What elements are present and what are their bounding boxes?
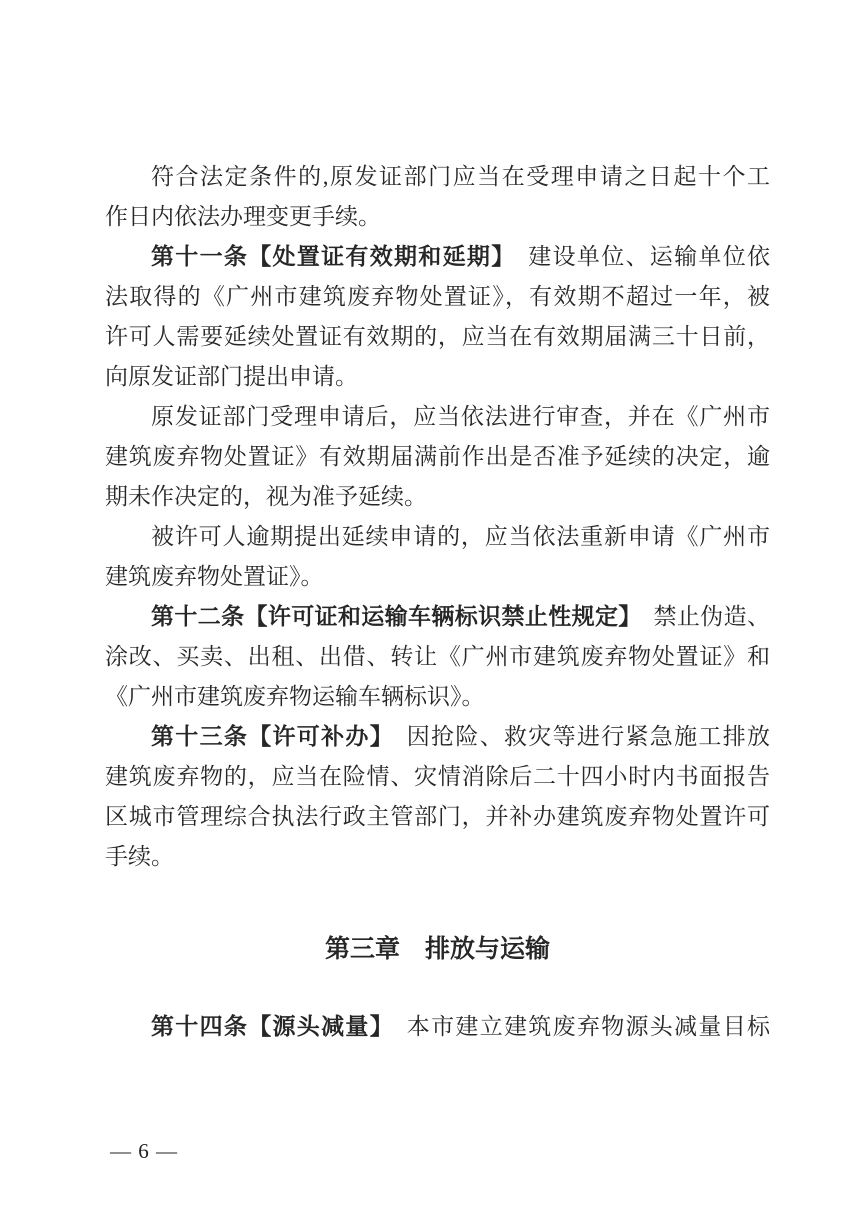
document-line: 法取得的《广州市建筑废弃物处置证》，有效期不超过一年，被 (105, 277, 770, 317)
article-heading-segment: 第十二条【许可证和运输车辆标识禁止性规定】 (151, 604, 630, 629)
document-line: 建筑废弃物处置证》。 (105, 557, 770, 597)
text-segment: 区城市管理综合执法行政主管部门，并补办建筑废弃物处置许可 (105, 804, 770, 829)
text-segment: 涂改、买卖、出租、出借、转让《广州市建筑废弃物处置证》和 (105, 644, 770, 669)
text-segment: 许可人需要延续处置证有效期的，应当在有效期届满三十日前， (105, 324, 770, 349)
document-line: 涂改、买卖、出租、出借、转让《广州市建筑废弃物处置证》和 (105, 637, 770, 677)
document-line: 符合法定条件的,原发证部门应当在受理申请之日起十个工 (105, 157, 770, 197)
text-segment: 手续。 (105, 844, 174, 869)
text-segment: 本市建立建筑废弃物源头减量目标 (383, 1014, 771, 1039)
text-segment: 禁止伪造、 (630, 604, 770, 629)
document-line: 作日内依法办理变更手续。 (105, 197, 770, 237)
text-segment: 法取得的《广州市建筑废弃物处置证》，有效期不超过一年，被 (105, 284, 770, 309)
document-line: 手续。 (105, 837, 770, 877)
chapter-heading: 第三章 排放与运输 (105, 930, 770, 970)
text-segment: 因抢险、救灾等进行紧急施工排放 (383, 724, 771, 749)
article-heading-segment: 第十一条【处置证有效期和延期】 (151, 244, 504, 269)
document-line: 期未作决定的，视为准予延续。 (105, 477, 770, 517)
text-segment: 被许可人逾期提出延续申请的，应当依法重新申请《广州市 (151, 524, 770, 549)
document-line: 区城市管理综合执法行政主管部门，并补办建筑废弃物处置许可 (105, 797, 770, 837)
article-heading-segment: 第三章 排放与运输 (325, 936, 550, 963)
text-segment: 建设单位、运输单位依 (504, 244, 770, 269)
text-segment: 向原发证部门提出申请。 (105, 364, 358, 389)
article-heading-segment: 第十三条【许可补办】 (151, 724, 383, 749)
document-line: 《广州市建筑废弃物运输车辆标识》。 (105, 677, 770, 717)
document-line: 第十三条【许可补办】 因抢险、救灾等进行紧急施工排放 (105, 717, 770, 757)
document-line: 原发证部门受理申请后，应当依法进行审查，并在《广州市 (105, 397, 770, 437)
text-segment: 建筑废弃物的，应当在险情、灾情消除后二十四小时内书面报告 (105, 764, 770, 789)
document-line: 第十一条【处置证有效期和延期】 建设单位、运输单位依 (105, 237, 770, 277)
document-page: 符合法定条件的,原发证部门应当在受理申请之日起十个工作日内依法办理变更手续。第十… (0, 0, 868, 1227)
article-heading-segment: 第十四条【源头减量】 (151, 1014, 383, 1039)
page-number: — 6 — (110, 1138, 178, 1164)
document-line: 被许可人逾期提出延续申请的，应当依法重新申请《广州市 (105, 517, 770, 557)
text-segment: 建筑废弃物处置证》。 (105, 564, 324, 589)
document-line: 建筑废弃物的，应当在险情、灾情消除后二十四小时内书面报告 (105, 757, 770, 797)
text-segment: 建筑废弃物处置证》有效期届满前作出是否准予延续的决定，逾 (105, 444, 770, 469)
text-segment: 期未作决定的，视为准予延续。 (105, 484, 427, 509)
document-line: 第十二条【许可证和运输车辆标识禁止性规定】 禁止伪造、 (105, 597, 770, 637)
text-segment: 作日内依法办理变更手续。 (105, 204, 381, 229)
text-segment: 原发证部门受理申请后，应当依法进行审查，并在《广州市 (151, 404, 770, 429)
document-line: 第十四条【源头减量】 本市建立建筑废弃物源头减量目标 (105, 1007, 770, 1047)
document-line: 向原发证部门提出申请。 (105, 357, 770, 397)
document-line: 许可人需要延续处置证有效期的，应当在有效期届满三十日前， (105, 317, 770, 357)
document-line: 建筑废弃物处置证》有效期届满前作出是否准予延续的决定，逾 (105, 437, 770, 477)
text-segment: 符合法定条件的,原发证部门应当在受理申请之日起十个工 (151, 164, 770, 189)
document-body: 符合法定条件的,原发证部门应当在受理申请之日起十个工作日内依法办理变更手续。第十… (105, 157, 770, 1047)
text-segment: 《广州市建筑废弃物运输车辆标识》。 (105, 684, 485, 709)
